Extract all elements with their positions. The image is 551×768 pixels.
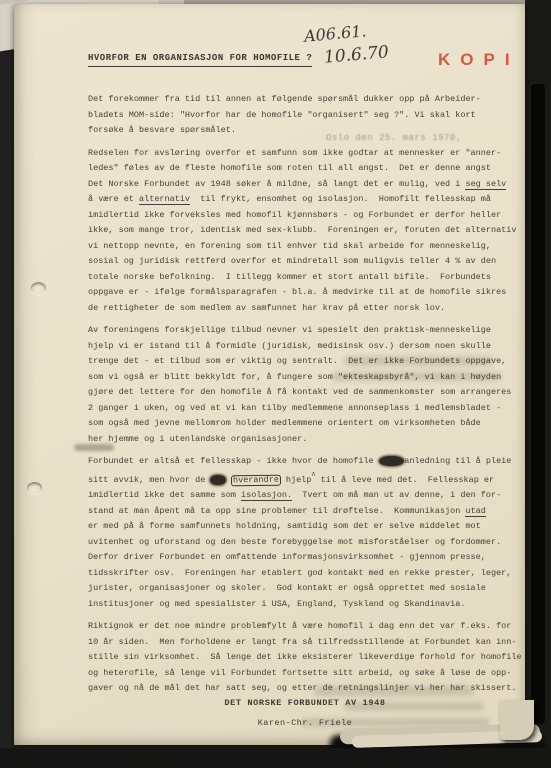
text-segment: stand at man åpent må ta opp sine proble… xyxy=(88,506,465,516)
text-segment: ikke, som mange tror, identisk med sex-k… xyxy=(88,225,516,235)
text-segment: som også med jevne mellomrom holder medl… xyxy=(88,418,481,428)
signature-block: DET NORSKE FORBUNDET AV 1948 Karen-Chr. … xyxy=(88,698,522,728)
text-segment: Derfor driver Forbundet en omfattende in… xyxy=(88,552,486,562)
text-segment: hjelp vi er istand til å formidle (jurid… xyxy=(88,341,491,351)
text-line: stille sin virksomhet. Så lenge det ikke… xyxy=(88,650,522,666)
text-line: som også med jevne mellomrom holder medl… xyxy=(88,416,522,432)
text-line: sosial og juridisk rettferd overfor et m… xyxy=(88,254,522,270)
punch-hole xyxy=(27,482,42,494)
text-segment: og heterofile, så lenge vil Forbundet fo… xyxy=(88,668,511,678)
caret-segment: ^ xyxy=(311,467,315,487)
text-segment: forsøke å besvare spørsmålet. xyxy=(88,125,236,135)
text-segment: oppgave er - ifølge formålsparagrafen - … xyxy=(88,287,506,297)
text-line: Riktignok er det noe mindre problemfylt … xyxy=(88,619,522,635)
text-segment: gaver og nå de mål det har satt seg, og … xyxy=(88,683,516,693)
text-segment: bladets MOM-side: "Hvorfor har de homofi… xyxy=(88,110,476,120)
text-line: gaver og nå de mål det har satt seg, og … xyxy=(88,681,522,697)
text-segment: gjøre det lettere for den homofile å få … xyxy=(88,387,511,397)
text-line: sitt avvik, men hvor de ███ hverandre hj… xyxy=(88,470,522,489)
blot-segment: ███ xyxy=(210,475,225,485)
text-segment: til frykt, ensomhet og isolasjon. Homofi… xyxy=(190,194,491,204)
text-segment: 10 år siden. Men forholdene er langt fra… xyxy=(88,637,516,647)
text-line: Det forekommer fra tid til annen at følg… xyxy=(88,92,522,108)
text-line: Redselen for avsløring overfor et samfun… xyxy=(88,146,522,162)
text-line: er med på å forme samfunnets holdning, s… xyxy=(88,519,522,535)
text-line: imidlertid ikke det samme som isolasjon.… xyxy=(88,488,522,504)
binder-spine xyxy=(531,84,545,724)
text-line: institusjoner og med spesialister i USA,… xyxy=(88,597,522,613)
text-segment: tidsskrifter osv. Foreningen har etabler… xyxy=(88,568,511,578)
text-line: vi nettopp nevnte, en forening som til e… xyxy=(88,239,522,255)
text-segment: Det Norske Forbundet av 1948 søker å mil… xyxy=(88,179,465,189)
text-segment: de rettigheter de som medlem av samfunne… xyxy=(88,303,445,313)
text-segment: uvitenhet og uforstand og den beste fore… xyxy=(88,537,501,547)
photo-background: Oslo den 25. mars 1970, A06.61. 10.6.70 … xyxy=(0,0,551,768)
text-segment: totale norske befolkning. I tillegg komm… xyxy=(88,272,491,282)
text-line: Forbundet er altså et fellesskap - ikke … xyxy=(88,454,522,470)
paragraph: Redselen for avsløring overfor et samfun… xyxy=(88,146,522,317)
text-line: forsøke å besvare spørsmålet. xyxy=(88,123,522,139)
text-segment: her hjemme og i utenlandske organisasjon… xyxy=(88,434,307,444)
text-line: stand at man åpent må ta opp sine proble… xyxy=(88,504,522,520)
text-line: bladets MOM-side: "Hvorfor har de homofi… xyxy=(88,108,522,124)
text-segment: sitt avvik, men hvor de xyxy=(88,475,210,485)
text-segment: til å leve med det. Fellesskap er xyxy=(316,475,495,485)
text-segment: Det forekommer fra tid til annen at følg… xyxy=(88,94,481,104)
text-line: 2 ganger i uken, og ved at vi kan tilby … xyxy=(88,401,522,417)
paragraph: Riktignok er det noe mindre problemfylt … xyxy=(88,619,522,697)
text-line: hjelp vi er istand til å formidle (jurid… xyxy=(88,339,522,355)
text-line: de rettigheter de som medlem av samfunne… xyxy=(88,301,522,317)
text-line: uvitenhet og uforstand og den beste fore… xyxy=(88,535,522,551)
text-line: imidlertid ikke forveksles med homofil k… xyxy=(88,208,522,224)
document-title: HVORFOR EN ORGANISASJON FOR HOMOFILE ? xyxy=(88,53,312,67)
document-page: Oslo den 25. mars 1970, A06.61. 10.6.70 … xyxy=(14,4,525,745)
table-surface xyxy=(0,748,551,768)
text-line: ledes" føles av de fleste homofile som r… xyxy=(88,161,522,177)
text-segment: imidlertid ikke forveksles med homofil k… xyxy=(88,210,501,220)
text-line: ikke, som mange tror, identisk med sex-k… xyxy=(88,223,522,239)
text-segment: Av foreningens forskjellige tilbud nevne… xyxy=(88,325,491,335)
handwritten-archive-ref: A06.61. xyxy=(303,21,367,45)
blot-segment: █████ xyxy=(379,456,405,466)
text-segment: å være et xyxy=(88,194,139,204)
text-segment: imidlertid ikke det samme som xyxy=(88,490,241,500)
handwritten-date: 10.6.70 xyxy=(323,42,389,68)
signature-organization: DET NORSKE FORBUNDET AV 1948 xyxy=(88,698,522,708)
underline-segment: utad xyxy=(465,506,485,517)
text-segment: stille sin virksomhet. Så lenge det ikke… xyxy=(88,652,522,662)
text-segment: anledning til å pleie xyxy=(404,456,511,466)
text-segment: vi nettopp nevnte, en forening som til e… xyxy=(88,241,491,251)
text-line: tidsskrifter osv. Foreningen har etabler… xyxy=(88,566,522,582)
text-line: gjøre det lettere for den homofile å få … xyxy=(88,385,522,401)
text-line: Av foreningens forskjellige tilbud nevne… xyxy=(88,323,522,339)
text-segment: 2 ganger i uken, og ved at vi kan tilby … xyxy=(88,403,501,413)
text-line: trenge det - et tilbud som er viktig og … xyxy=(88,354,522,370)
paragraph: Det forekommer fra tid til annen at følg… xyxy=(88,92,522,139)
punch-hole xyxy=(31,282,46,294)
text-segment: Tvert om må man ut av denne, i den for- xyxy=(292,490,501,500)
text-segment: Redselen for avsløring overfor et samfun… xyxy=(88,148,501,158)
boxed-segment: hverandre xyxy=(231,474,281,486)
text-line: jurister, organisasjoner og skoler. God … xyxy=(88,581,522,597)
paragraph: Forbundet er altså et fellesskap - ikke … xyxy=(88,454,522,612)
kopi-stamp: KOPI xyxy=(438,50,520,70)
text-segment: som vi også er blitt bekkyldt for, å fun… xyxy=(88,372,501,382)
text-segment: er med på å forme samfunnets holdning, s… xyxy=(88,521,481,531)
text-line: totale norske befolkning. I tillegg komm… xyxy=(88,270,522,286)
text-line: Det Norske Forbundet av 1948 søker å mil… xyxy=(88,177,522,193)
text-segment: hjelp xyxy=(281,475,312,485)
text-segment: ledes" føles av de fleste homofile som r… xyxy=(88,163,491,173)
text-segment: trenge det - et tilbud som er viktig og … xyxy=(88,356,506,366)
document-body: Det forekommer fra tid til annen at følg… xyxy=(88,92,522,704)
page-curl xyxy=(500,700,534,740)
text-line: og heterofile, så lenge vil Forbundet fo… xyxy=(88,666,522,682)
text-line: Derfor driver Forbundet en omfattende in… xyxy=(88,550,522,566)
text-segment: Forbundet er altså et fellesskap - ikke … xyxy=(88,456,379,466)
underline-segment: seg selv xyxy=(465,179,506,190)
text-segment: sosial og juridisk rettferd overfor et m… xyxy=(88,256,496,266)
text-line: oppgave er - ifølge formålsparagrafen - … xyxy=(88,285,522,301)
text-segment: Riktignok er det noe mindre problemfylt … xyxy=(88,621,511,631)
text-line: 10 år siden. Men forholdene er langt fra… xyxy=(88,635,522,651)
text-line: å være et alternativ til frykt, ensomhet… xyxy=(88,192,522,208)
underline-segment: isolasjon. xyxy=(241,490,292,501)
text-line: som vi også er blitt bekkyldt for, å fun… xyxy=(88,370,522,386)
text-segment: jurister, organisasjoner og skoler. God … xyxy=(88,583,486,593)
text-line: her hjemme og i utenlandske organisasjon… xyxy=(88,432,522,448)
text-segment: institusjoner og med spesialister i USA,… xyxy=(88,599,465,609)
paragraph: Av foreningens forskjellige tilbud nevne… xyxy=(88,323,522,447)
underline-segment: alternativ xyxy=(139,194,190,205)
